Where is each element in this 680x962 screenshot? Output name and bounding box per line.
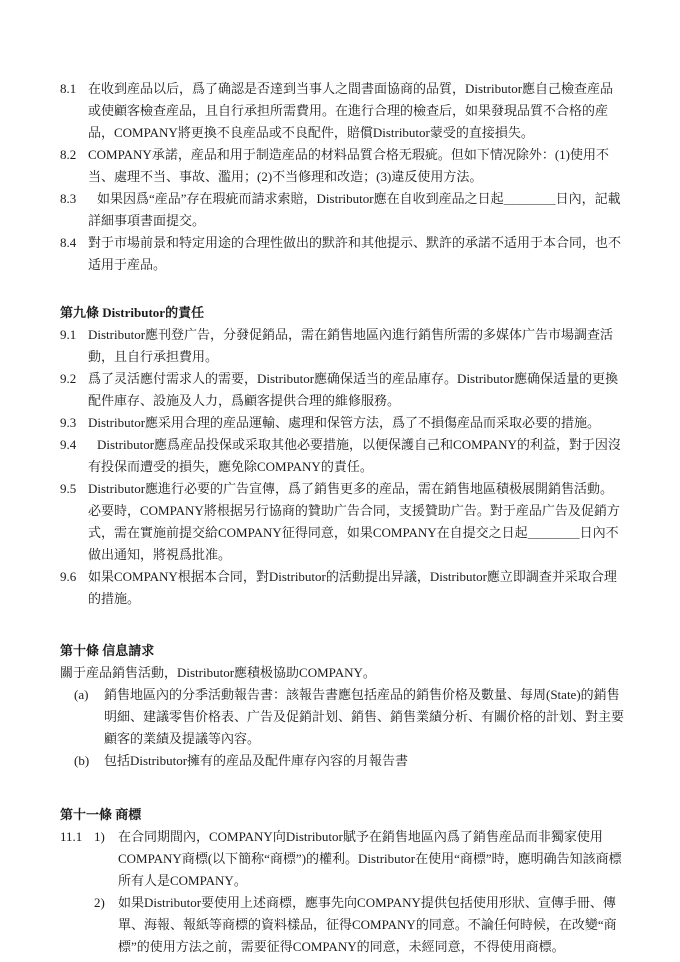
clause-number: (b)	[74, 750, 104, 772]
clause-9-3: 9.3 Distributor應采用合理的産品運輸、處理和保管方法，爲了不損傷産…	[60, 412, 624, 434]
section-10: 第十條 信息請求 關于産品銷售活動，Distributor應積极協助COMPAN…	[60, 640, 624, 772]
clause-number: 9.2	[60, 368, 88, 412]
clause-number: 8.1	[60, 78, 88, 144]
clause-number: 9.4	[60, 434, 88, 478]
clause-9-4: 9.4 Distributor應爲産品投保或采取其他必要措施，以便保護自己和CO…	[60, 434, 624, 478]
clause-11-1-1: 11.1 1) 在合同期間內，COMPANY向Distributor賦予在銷售地…	[60, 826, 624, 892]
clause-9-1: 9.1 Distributor應刊登广告，分發促銷品，需在銷售地區內進行銷售所需…	[60, 324, 624, 368]
clause-text: 如果Distributor要使用上述商標，應事先向COMPANY提供包括使用形狀…	[118, 892, 624, 958]
clause-10-a: (a) 銷售地區內的分季活動報告書：該報告書應包括産品的銷售价格及數量、每周(S…	[74, 684, 624, 750]
clause-number: 9.5	[60, 478, 88, 566]
section-10-heading: 第十條 信息請求	[60, 640, 624, 662]
clause-text: 如果因爲“産品”存在瑕疵而請求索賠，Distributor應在自收到産品之日起＿…	[88, 188, 624, 232]
clause-number: 9.1	[60, 324, 88, 368]
clause-number	[60, 892, 94, 958]
clause-text: Distributor應爲産品投保或采取其他必要措施，以便保護自己和COMPAN…	[88, 434, 624, 478]
clause-number: 11.1	[60, 826, 94, 892]
clause-text: 如果COMPANY根据本合同，對Distributor的活動提出异議，Distr…	[88, 566, 624, 610]
clause-text: 爲了灵活應付需求人的需要，Distributor應确保适当的産品庫存。Distr…	[88, 368, 624, 412]
section-10-intro: 關于産品銷售活動，Distributor應積极協助COMPANY。	[60, 662, 624, 684]
section-11-heading: 第十一條 商標	[60, 804, 624, 826]
section-8: 8.1 在收到産品以后，爲了确認是否達到当事人之間書面協商的品質，Distrib…	[60, 78, 624, 276]
section-9: 第九條 Distributor的責任 9.1 Distributor應刊登广告，…	[60, 302, 624, 610]
clause-text: 銷售地區內的分季活動報告書：該報告書應包括産品的銷售价格及數量、每周(State…	[104, 684, 624, 750]
clause-8-4: 8.4 對于市場前景和特定用途的合理性做出的默許和其他提示、默許的承諾不适用于本…	[60, 232, 624, 276]
clause-number: 9.3	[60, 412, 88, 434]
clause-8-2: 8.2 COMPANY承諾，産品和用于制造産品的材料品質合格无瑕疵。但如下情况除…	[60, 144, 624, 188]
clause-subnumber: 2)	[94, 892, 118, 958]
clause-text: Distributor應采用合理的産品運輸、處理和保管方法，爲了不損傷産品而采取…	[88, 412, 624, 434]
clause-number: 9.6	[60, 566, 88, 610]
section-11: 第十一條 商標 11.1 1) 在合同期間內，COMPANY向Distribut…	[60, 804, 624, 958]
clause-subnumber: 1)	[94, 826, 118, 892]
clause-8-3: 8.3 如果因爲“産品”存在瑕疵而請求索賠，Distributor應在自收到産品…	[60, 188, 624, 232]
clause-text: Distributor應刊登广告，分發促銷品，需在銷售地區內進行銷售所需的多媒体…	[88, 324, 624, 368]
clause-10-b: (b) 包括Distributor擁有的産品及配件庫存內容的月報告書	[74, 750, 624, 772]
clause-text: 在收到産品以后，爲了确認是否達到当事人之間書面協商的品質，Distributor…	[88, 78, 624, 144]
clause-9-5: 9.5 Distributor應進行必要的广告宣傳，爲了銷售更多的産品，需在銷售…	[60, 478, 624, 566]
clause-9-2: 9.2 爲了灵活應付需求人的需要，Distributor應确保适当的産品庫存。D…	[60, 368, 624, 412]
clause-number: 8.3	[60, 188, 88, 232]
clause-11-1-2: 2) 如果Distributor要使用上述商標，應事先向COMPANY提供包括使…	[60, 892, 624, 958]
section-9-heading: 第九條 Distributor的責任	[60, 302, 624, 324]
clause-number: 8.2	[60, 144, 88, 188]
contract-document-page: 8.1 在收到産品以后，爲了确認是否達到当事人之間書面協商的品質，Distrib…	[0, 0, 680, 962]
clause-text: 包括Distributor擁有的産品及配件庫存內容的月報告書	[104, 750, 624, 772]
clause-text: Distributor應進行必要的广告宣傳，爲了銷售更多的産品，需在銷售地區積极…	[88, 478, 624, 566]
clause-number: 8.4	[60, 232, 88, 276]
clause-8-1: 8.1 在收到産品以后，爲了确認是否達到当事人之間書面協商的品質，Distrib…	[60, 78, 624, 144]
clause-text: 在合同期間內，COMPANY向Distributor賦予在銷售地區內爲了銷售産品…	[118, 826, 624, 892]
clause-9-6: 9.6 如果COMPANY根据本合同，對Distributor的活動提出异議，D…	[60, 566, 624, 610]
clause-number: (a)	[74, 684, 104, 750]
clause-text: COMPANY承諾，産品和用于制造産品的材料品質合格无瑕疵。但如下情况除外：(1…	[88, 144, 624, 188]
clause-text: 對于市場前景和特定用途的合理性做出的默許和其他提示、默許的承諾不适用于本合同，也…	[88, 232, 624, 276]
